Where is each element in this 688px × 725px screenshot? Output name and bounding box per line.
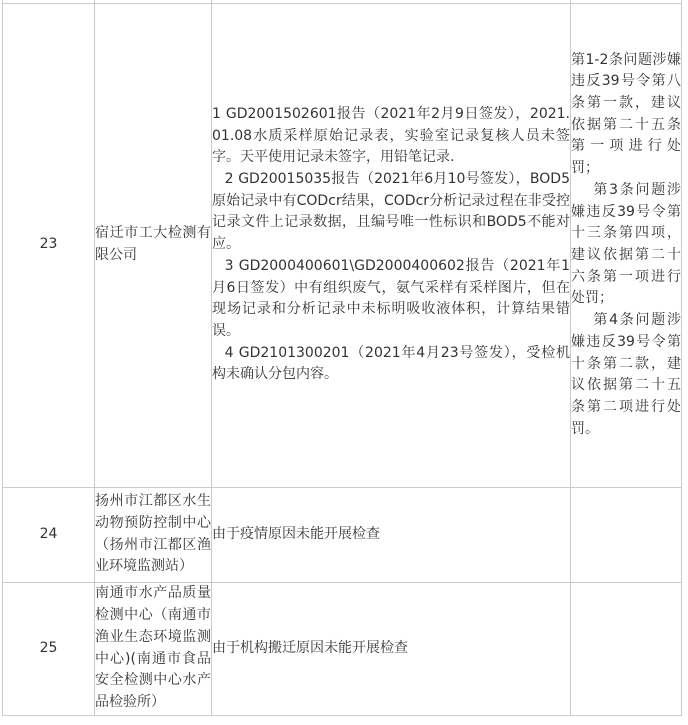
row-number: 25 [40,640,58,656]
issue-paragraph: 4 GD2101300201（2021年4月23号签发），受检机构未确认分包内容… [212,343,570,386]
suggestion-paragraph: 第3条问题涉嫌违反39号令第十三条第四项，建议依据第二十六条第一项进行处罚； [571,180,681,310]
org-name-cell: 宿迁市工大检测有限公司 [95,3,212,487]
row-number-cell: 24 [3,487,95,582]
issues-cell: 由于机构搬迁原因未能开展检查 [212,582,571,715]
suggestion-cell [571,487,682,582]
row-number: 23 [40,236,58,252]
org-name: 扬州市江都区水生动物预防控制中心（扬州市江都区渔业环境监测站） [95,493,211,574]
issue-paragraph: 由于疫情原因未能开展检查 [212,524,570,546]
suggestion-paragraph: 第1-2条问题涉嫌违反39号令第八条第一款，建议依据第二十五条第一项进行处罚； [571,50,681,180]
issue-paragraph: 2 GD20015035报告（2021年6月10号签发），BOD5原始记录中有C… [212,169,570,256]
suggestion-cell [571,582,682,715]
issue-paragraph: 1 GD2001502601报告（2021年2月9日签发），2021.01.08… [212,104,570,169]
issue-paragraph: 3 GD2000400601\GD2000400602报告（2021年1月6日签… [212,256,570,343]
inspection-table: 23 宿迁市工大检测有限公司 1 GD2001502601报告（2021年2月9… [2,0,682,716]
org-name: 宿迁市工大检测有限公司 [95,225,211,263]
table-row: 25 南通市水产品质量检测中心（南通市渔业生态环境监测中心)(南通市食品安全检测… [3,582,682,715]
table-row: 23 宿迁市工大检测有限公司 1 GD2001502601报告（2021年2月9… [3,3,682,487]
row-number-cell: 23 [3,3,95,487]
suggestion-cell: 第1-2条问题涉嫌违反39号令第八条第一款，建议依据第二十五条第一项进行处罚； … [571,3,682,487]
org-name-cell: 南通市水产品质量检测中心（南通市渔业生态环境监测中心)(南通市食品安全检测中心水… [95,582,212,715]
org-name-cell: 扬州市江都区水生动物预防控制中心（扬州市江都区渔业环境监测站） [95,487,212,582]
issues-cell: 由于疫情原因未能开展检查 [212,487,571,582]
issue-paragraph: 由于机构搬迁原因未能开展检查 [212,638,570,660]
document-page: 23 宿迁市工大检测有限公司 1 GD2001502601报告（2021年2月9… [0,0,688,725]
suggestion-paragraph: 第4条问题涉嫌违反39号令第十条第二款，建议依据第二十五条第二项进行处罚。 [571,310,681,440]
row-number-cell: 25 [3,582,95,715]
org-name: 南通市水产品质量检测中心（南通市渔业生态环境监测中心)(南通市食品安全检测中心水… [95,585,211,710]
row-number: 24 [40,526,58,542]
issues-cell: 1 GD2001502601报告（2021年2月9日签发），2021.01.08… [212,3,571,487]
table-row: 24 扬州市江都区水生动物预防控制中心（扬州市江都区渔业环境监测站） 由于疫情原… [3,487,682,582]
